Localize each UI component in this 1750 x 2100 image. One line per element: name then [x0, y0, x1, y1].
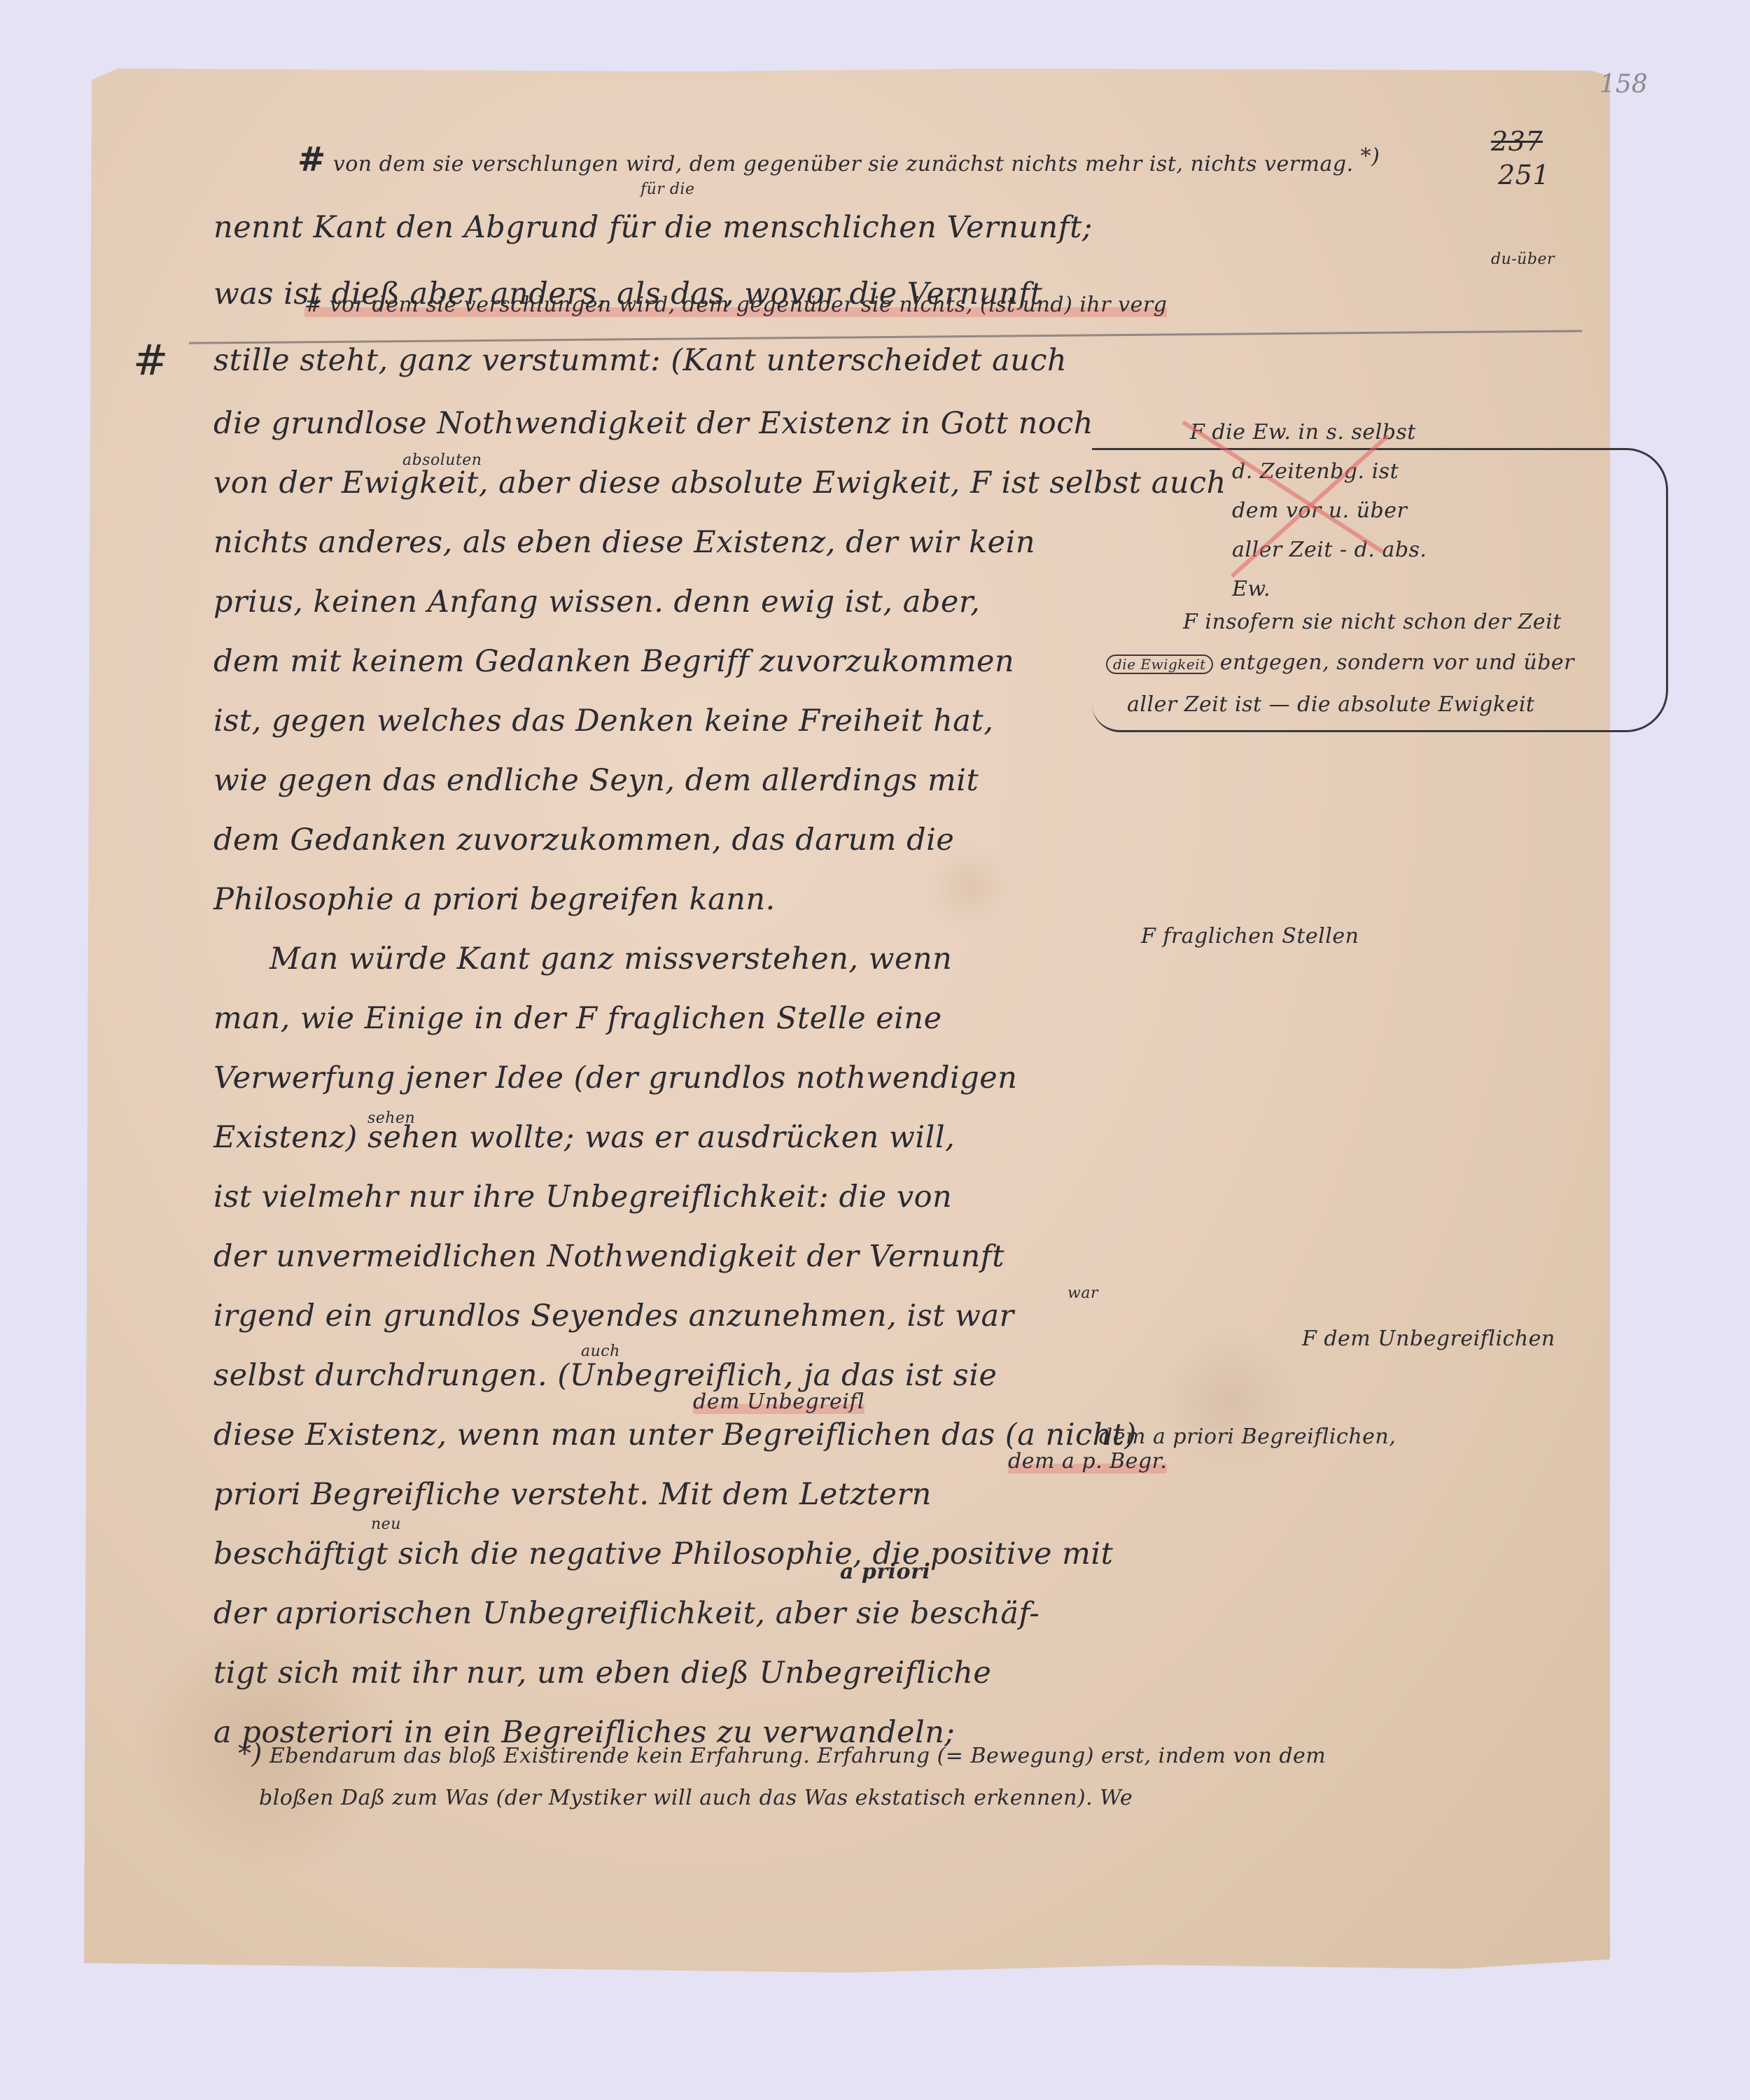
insert-marker: #	[297, 140, 326, 179]
top-insert: # von dem sie verschlungen wird, dem geg…	[297, 140, 1380, 179]
main-line-15: man, wie Einige in der F fraglichen Stel…	[213, 1001, 942, 1036]
margin-note-unbegreiflichen: F dem Unbegreiflichen	[1302, 1326, 1555, 1351]
crossed-note-line: F die Ew. in s. selbst	[1190, 413, 1427, 452]
insert-text: von dem sie verschlungen wird, dem gegen…	[333, 152, 1354, 176]
crossed-margin-note: F die Ew. in s. selbst d. Zeitenbg. ist …	[1190, 413, 1427, 609]
crossed-note-line: aller Zeit - d. abs.	[1190, 531, 1427, 570]
main-line-9: dem mit keinem Gedanken Begriff zuvorzuk…	[213, 644, 1014, 679]
interlinear-fuer-die: für die	[640, 181, 694, 198]
crossed-note-line: d. Zeitenbg. ist	[1190, 452, 1427, 491]
main-line-22: diese Existenz, wenn man unter Begreifli…	[213, 1417, 1137, 1452]
main-line-3-insert: # vor dem sie verschlungen wird, dem geg…	[304, 293, 1167, 317]
main-line-12: dem Gedanken zuvorzukommen, das darum di…	[213, 822, 954, 857]
margin-note-a-priori-begr: dem a priori Begreiflichen,	[1099, 1424, 1396, 1449]
old-page-number: 237	[1491, 126, 1543, 157]
eternity-note-line: aller Zeit ist — die absolute Ewigkeit	[1127, 685, 1574, 725]
footnote-line: Ebendarum das bloß Existirende kein Erfa…	[269, 1744, 1326, 1768]
main-line-8: prius, keinen Anfang wissen. denn ewig i…	[213, 584, 980, 619]
interlinear-neu: neu	[371, 1515, 401, 1533]
main-line-19: der unvermeidlichen Nothwendigkeit der V…	[213, 1239, 1004, 1274]
margin-note-fragliche: F fraglichen Stellen	[1141, 924, 1359, 948]
main-line-18: ist vielmehr nur ihre Unbegreiflichkeit:…	[213, 1179, 952, 1214]
interlinear-a-priori: a priori	[840, 1560, 930, 1584]
main-line-7: nichts anderes, als eben diese Existenz,…	[213, 525, 1035, 560]
interlinear-du-ueber: du-über	[1491, 251, 1555, 268]
main-line-23: priori Begreifliche versteht. Mit dem Le…	[213, 1477, 932, 1512]
main-line-6: von der Ewigkeit, aber diese absolute Ew…	[213, 465, 1226, 500]
footnote-marker: *)	[238, 1738, 262, 1769]
main-line-4: stille steht, ganz verstummt: (Kant unte…	[213, 343, 1067, 378]
main-line-10: ist, gegen welches das Denken keine Frei…	[213, 703, 993, 738]
main-line-5: die grundlose Nothwendigkeit der Existen…	[213, 406, 1093, 441]
main-line-25: der apriorischen Unbegreiflichkeit, aber…	[213, 1596, 1039, 1631]
main-line-11: wie gegen das endliche Seyn, dem allerdi…	[213, 763, 979, 798]
main-line-17: Existenz) sehen wollte; was er ausdrücke…	[213, 1120, 955, 1155]
main-line-14: Man würde Kant ganz missverstehen, wenn	[269, 941, 952, 976]
eternity-margin-note: F insofern sie nicht schon der Zeit die …	[1183, 602, 1574, 725]
interlinear-dem-unbegreifl: dem Unbegreifl	[693, 1389, 864, 1414]
main-line-21: selbst durchdrungen. (Unbegreiflich, ja …	[213, 1358, 997, 1393]
interlinear-war: war	[1067, 1284, 1098, 1302]
footnote: *) Ebendarum das bloß Existirende kein E…	[238, 1732, 1326, 1819]
main-line-24: beschäftigt sich die negative Philosophi…	[213, 1536, 1113, 1571]
main-line-16: Verwerfung jener Idee (der grundlos noth…	[213, 1060, 1017, 1095]
main-line-1: nennt Kant den Abgrund für die menschlic…	[213, 210, 1093, 245]
folio-number: 158	[1599, 70, 1648, 99]
circled-word: die Ewigkeit	[1106, 654, 1213, 674]
footnote-line: bloßen Daß zum Was (der Mystiker will au…	[238, 1777, 1326, 1819]
main-line-20: irgend ein grundlos Seyendes anzunehmen,…	[213, 1298, 1014, 1333]
crossed-note-line: dem vor u. über	[1190, 491, 1427, 531]
new-page-number: 251	[1498, 160, 1550, 190]
footnote-ref: *)	[1361, 144, 1380, 169]
main-line-13: Philosophie a priori begreifen kann.	[213, 882, 776, 917]
main-line-26: tigt sich mit ihr nur, um eben dieß Unbe…	[213, 1655, 991, 1690]
eternity-note-line: F insofern sie nicht schon der Zeit	[1183, 602, 1574, 643]
hash-marker: #	[133, 336, 169, 385]
eternity-note-line: entgegen, sondern vor und über	[1220, 650, 1574, 675]
interlinear-dem-a-p-begr: dem a p. Begr.	[1008, 1449, 1167, 1473]
